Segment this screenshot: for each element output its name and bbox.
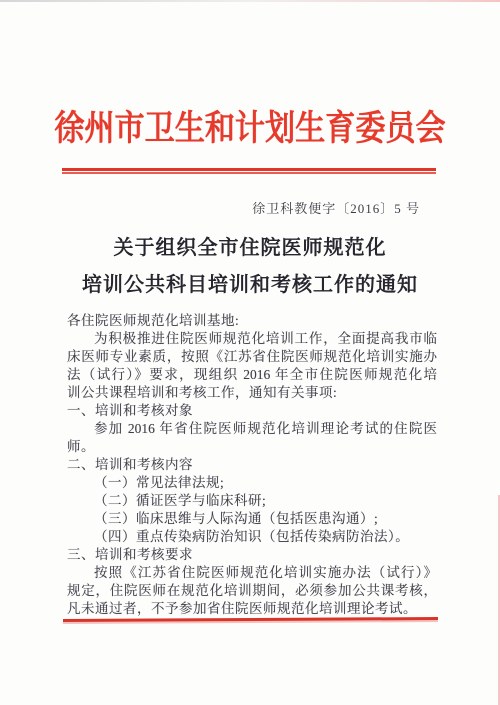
body-line: 床医师专业素质，按照《江苏省住院医师规范化培训实施办 [67, 348, 437, 366]
issuing-org-letterhead: 徐州市卫生和计划生育委员会 [35, 103, 465, 155]
body-line: （一）常见法律法规; [67, 474, 437, 492]
notice-title: 关于组织全市住院医师规范化 培训公共科目培训和考核工作的通知 [0, 230, 500, 304]
body-line: 按照《江苏省住院医师规范化培训实施办法（试行）》 [67, 564, 437, 582]
body-line: 师。 [67, 438, 437, 456]
document-body: 各住院医师规范化培训基地:为积极推进住院医师规范化培训工作，全面提高我市临床医师… [67, 312, 437, 618]
body-line: 为积极推进住院医师规范化培训工作，全面提高我市临 [67, 330, 437, 348]
notice-title-line-1: 关于组织全市住院医师规范化 [0, 230, 500, 267]
body-line: 规定，住院医师在规范化培训期间，必须参加公共课考核， [67, 582, 437, 600]
body-line: 法（试行）》要求，现组织 2016 年全市住院医师规范化培 [67, 366, 437, 384]
body-line: 各住院医师规范化培训基地: [67, 312, 437, 330]
scan-edge-artifact-top [0, 0, 500, 2]
body-line: 二、培训和考核内容 [67, 456, 437, 474]
notice-title-line-2: 培训公共科目培训和考核工作的通知 [0, 267, 500, 304]
body-line: 参加 2016 年省住院医师规范化培训理论考试的住院医 [67, 420, 437, 438]
body-line: 一、培训和考核对象 [67, 402, 437, 420]
body-line: （三）临床思维与人际沟通（包括医患沟通）; [67, 510, 437, 528]
body-line: （二）循证医学与临床科研; [67, 492, 437, 510]
scanned-official-notice: 徐州市卫生和计划生育委员会 徐卫科教便字〔2016〕5 号 关于组织全市住院医师… [0, 0, 500, 705]
body-line: 训公共课程培训和考核工作，通知有关事项: [67, 384, 437, 402]
document-reference-number: 徐卫科教便字〔2016〕5 号 [252, 198, 420, 217]
rule-thin-line [62, 172, 436, 174]
body-line-emphasized: 凡未通过者，不予参加省住院医师规范化培训理论考试。 [67, 600, 437, 618]
body-line: 三、培训和考核要求 [67, 546, 437, 564]
rule-thick-line [62, 168, 436, 171]
body-line: （四）重点传染病防治知识（包括传染病防治法）。 [67, 528, 437, 546]
letterhead-double-rule [62, 168, 436, 174]
